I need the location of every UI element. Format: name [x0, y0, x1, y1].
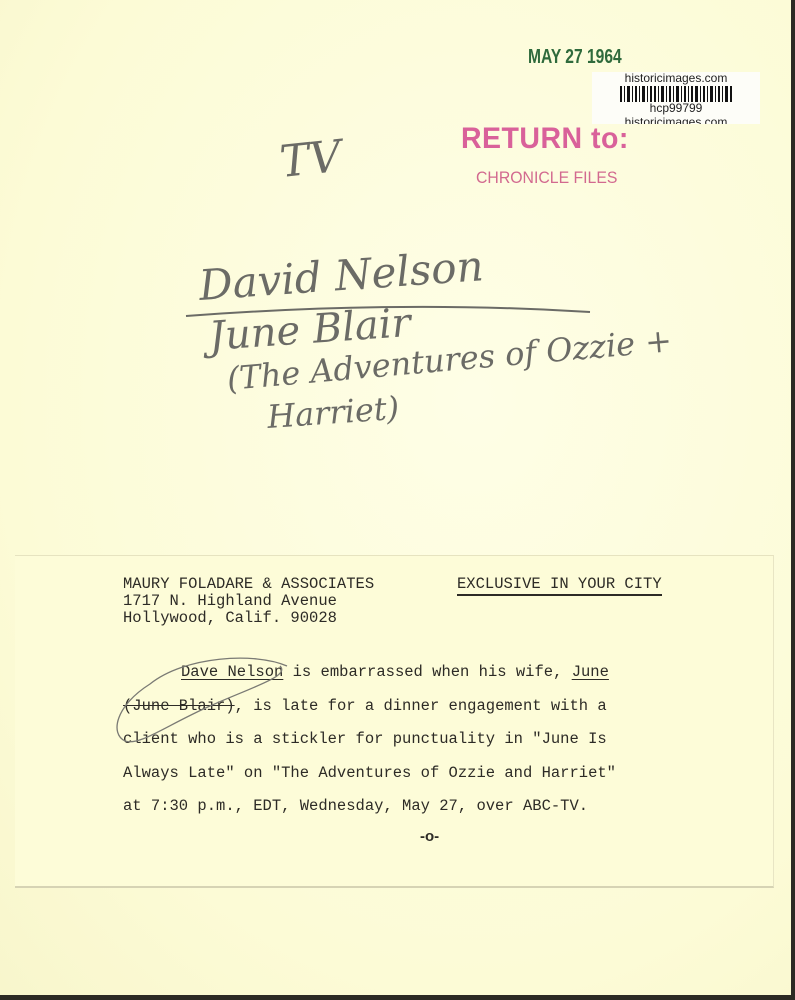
body-name-june: June — [572, 663, 609, 681]
body-text-segment: , is late for a dinner engagement with a — [235, 697, 607, 715]
photo-back: MAY 27 1964 historicimages.com — [0, 0, 791, 995]
return-to-stamp: RETURN to: — [461, 122, 629, 156]
agency-name: MAURY FOLADARE & ASSOCIATES — [123, 575, 374, 593]
handwritten-underline — [186, 307, 590, 316]
body-line-4: Always Late" on "The Adventures of Ozzie… — [123, 757, 653, 791]
barcode-icon — [620, 86, 732, 102]
handwritten-line-1: David Nelson — [196, 241, 485, 310]
handwritten-line-2: June Blair — [201, 300, 415, 361]
end-mark: -o- — [420, 828, 439, 845]
press-release-sheet: MAURY FOLADARE & ASSOCIATES 1717 N. High… — [15, 555, 774, 888]
chronicle-files-stamp: CHRONICLE FILES — [476, 168, 617, 188]
body-line-1: Dave Nelson is embarrassed when his wife… — [123, 656, 653, 690]
body-name-dave: Dave Nelson — [181, 663, 283, 681]
body-line-3: client who is a stickler for punctuality… — [123, 723, 653, 757]
agency-city: Hollywood, Calif. 90028 — [123, 609, 337, 627]
handwritten-line-4: Harriet) — [265, 389, 400, 436]
label-site-top: historicimages.com — [592, 72, 760, 84]
body-line-5: at 7:30 p.m., EDT, Wednesday, May 27, ov… — [123, 790, 653, 824]
agency-street: 1717 N. Highland Avenue — [123, 592, 337, 610]
archive-label: historicimages.com hcp99799 histo — [592, 72, 760, 124]
body-line-2: (June Blair), is late for a dinner engag… — [123, 690, 653, 724]
handwritten-category: TV — [277, 130, 347, 188]
body-text-segment: is embarrassed when his wife, — [283, 663, 571, 681]
exclusive-heading: EXCLUSIVE IN YOUR CITY — [457, 576, 662, 596]
label-code: hcp99799 — [592, 102, 760, 115]
handwritten-line-3: (The Adventures of Ozzie + — [225, 321, 673, 398]
agency-block: MAURY FOLADARE & ASSOCIATES 1717 N. High… — [123, 576, 374, 627]
body-name-june-blair: (June Blair) — [123, 697, 235, 715]
release-body: Dave Nelson is embarrassed when his wife… — [123, 656, 653, 824]
date-stamp: MAY 27 1964 — [528, 46, 622, 69]
